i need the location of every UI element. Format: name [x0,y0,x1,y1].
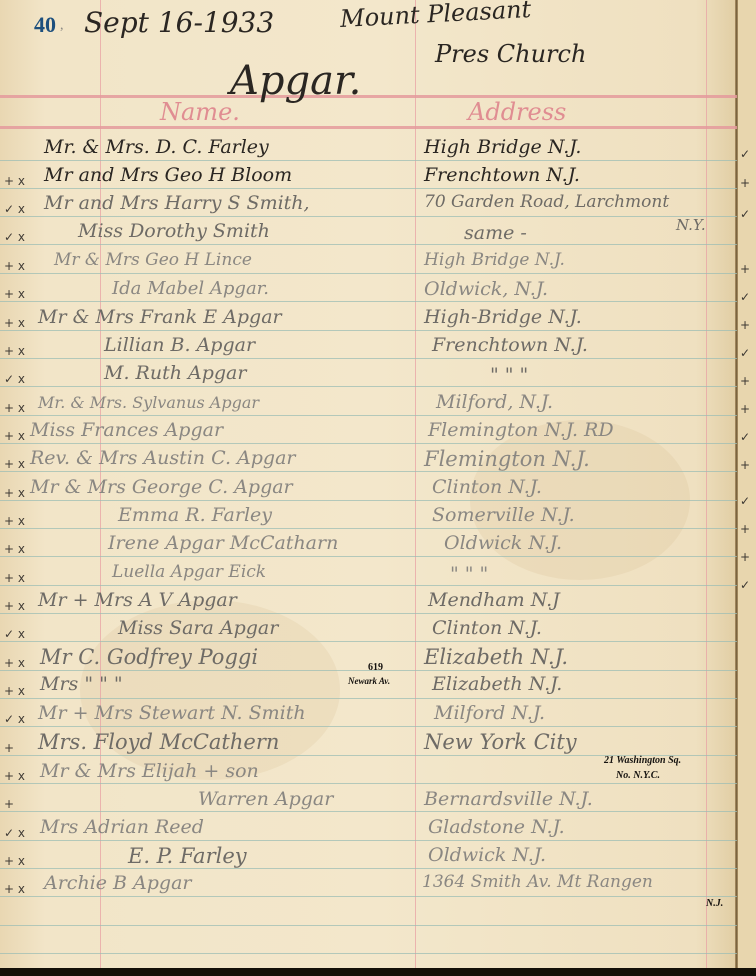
guest-address: Flemington N.J. RD [428,419,614,441]
entry-date: Sept 16-1933 [84,6,274,39]
scan-bottom-edge [0,968,756,976]
guest-name: Ida Mabel Apgar. [112,278,269,299]
ruled-line [0,528,737,529]
next-page-mark: + [740,402,750,416]
ruled-line [0,273,737,274]
guest-address: Bernardsville N.J. [424,788,593,810]
guest-address: Frenchtown N.J. [424,164,580,186]
ruled-line [0,386,737,387]
ruled-line [0,358,737,359]
next-page-mark: + [740,374,750,388]
guest-name: Mr and Mrs Geo H Bloom [44,164,292,186]
guest-name: Lillian B. Apgar [104,334,255,356]
guest-address: " " " [490,364,528,386]
guest-name: Mr + Mrs Stewart N. Smith [38,702,306,724]
guest-address-extra: N.Y. [676,216,706,234]
guest-address: 70 Garden Road, Larchmont [424,192,669,212]
ruled-line [0,783,737,784]
guest-address: Oldwick N.J. [428,844,546,866]
guest-address: Flemington N.J. [424,447,590,471]
guest-address: New York City [424,730,577,754]
ruled-line [0,500,737,501]
ruled-line [0,896,737,897]
ruled-line [0,585,737,586]
guest-name: Mr & Mrs Elijah + son [40,760,259,782]
guest-name: Mr and Mrs Harry S Smith, [44,192,310,214]
family-title: Apgar. [230,58,361,104]
guest-name: Mrs. Floyd McCathern [38,730,279,754]
guest-name: Luella Apgar Eick [112,562,266,582]
ruled-line [0,698,737,699]
tally-marks: + x [4,259,42,273]
guest-address: Somerville N.J. [432,504,575,526]
guest-address-extra: N.J. [706,898,723,909]
guest-name: Miss Dorothy Smith [78,220,270,242]
tally-marks: + x [4,571,42,585]
ruled-line [0,840,737,841]
page-number-comma: , [60,18,64,34]
guest-name: Archie B Apgar [44,872,192,894]
tally-marks: + [4,741,42,755]
guest-name: Mr C. Godfrey Poggi [40,645,258,669]
next-page-mark: + [740,458,750,472]
next-page-mark: + [740,550,750,564]
name-column-header: Name. [160,98,240,126]
guest-name: Mr. & Mrs. D. C. Farley [44,136,269,158]
guest-address: Oldwick, N.J. [424,278,548,300]
ruled-line [0,443,737,444]
next-page-mark: ✓ [740,346,750,360]
guest-address: High Bridge N.J. [424,136,581,158]
tally-marks: ✓ x [4,627,42,641]
next-page-mark: + [740,318,750,332]
ruled-line [0,726,737,727]
guest-name: E. P. Farley [128,844,247,868]
next-page-mark: ✓ [740,494,750,508]
tally-marks: + x [4,174,42,188]
guest-address: Mendham N.J [428,589,560,611]
tally-marks: ✓ x [4,826,42,840]
location-line-2: Pres Church [435,40,586,68]
guest-name: Mr & Mrs Geo H Lince [54,250,252,270]
guest-name: Mr. & Mrs. Sylvanus Apgar [38,393,259,412]
guest-name: Warren Apgar [198,788,333,810]
guest-name: Rev. & Mrs Austin C. Apgar [30,447,295,469]
next-page-mark: ✓ [740,207,750,221]
next-page-mark: ✓ [740,430,750,444]
guest-address: Milford N.J. [434,702,545,724]
next-page-mark: + [740,176,750,190]
guest-address: 1364 Smith Av. Mt Rangen [422,872,653,892]
guest-name: M. Ruth Apgar [104,362,246,384]
next-page-edge [738,0,756,968]
tally-marks: + x [4,599,42,613]
header-rule-top [0,95,737,98]
ruled-line [0,244,737,245]
tally-marks: + x [4,882,42,896]
next-page-mark: + [740,522,750,536]
address-column-header: Address [468,98,566,126]
guest-address: Clinton N.J. [432,476,542,498]
guest-name: Miss Sara Apgar [118,617,278,639]
next-page-mark: ✓ [740,290,750,304]
address-annotation-street: 21 Washington Sq. [604,755,681,766]
ruled-line [0,216,737,217]
tally-marks: ✓ x [4,372,42,386]
header-rule-bottom [0,126,737,129]
guest-address: Elizabeth N.J. [424,645,568,669]
name-annotation-number: 619 [368,662,383,673]
ruled-line [0,160,737,161]
ruled-line [0,301,737,302]
guest-address: Elizabeth N.J. [432,673,562,695]
guest-name: Mr & Mrs Frank E Apgar [38,306,282,328]
guest-address: Gladstone N.J. [428,816,565,838]
tally-marks: + x [4,344,42,358]
tally-marks: + x [4,854,42,868]
next-page-mark: ✓ [740,147,750,161]
tally-marks: + x [4,656,42,670]
ruled-line [0,868,737,869]
ledger-page: 40 , Sept 16-1933 Mount Pleasant Pres Ch… [0,0,756,968]
ruled-line [0,330,737,331]
guest-address: Frenchtown N.J. [432,334,588,356]
tally-marks: + x [4,316,42,330]
guest-name: Mr + Mrs A V Apgar [38,589,237,611]
location-line-1: Mount Pleasant [339,0,531,33]
next-page-mark: ✓ [740,578,750,592]
ruled-line [0,415,737,416]
guest-name: Mrs " " " [40,673,123,695]
guest-name: Mr & Mrs George C. Apgar [30,476,293,498]
tally-marks: + x [4,287,42,301]
guest-address: " " " [450,563,488,585]
ruled-line [0,925,737,926]
tally-marks: + x [4,401,42,415]
tally-marks: + x [4,684,42,698]
tally-marks: + x [4,769,42,783]
ruled-line [0,188,737,189]
next-page-mark: + [740,262,750,276]
tally-marks: ✓ x [4,202,42,216]
guest-address: Milford, N.J. [436,391,553,413]
guest-name: Miss Frances Apgar [30,419,223,441]
ruled-line [0,953,737,954]
ruled-line [0,811,737,812]
ruled-line [0,471,737,472]
tally-marks: ✓ x [4,712,42,726]
guest-address: Oldwick N.J. [444,532,562,554]
ruled-line [0,641,737,642]
right-margin-line [706,0,707,968]
ruled-line [0,556,737,557]
column-divider-line [415,0,416,968]
guest-address: Clinton N.J. [432,617,542,639]
tally-marks: ✓ x [4,230,42,244]
guest-name: Mrs Adrian Reed [40,816,204,838]
guest-name: Emma R. Farley [118,504,272,526]
tally-marks: + x [4,514,42,528]
name-annotation-street: Newark Av. [348,676,390,686]
guest-name: Irene Apgar McCatharn [108,532,338,554]
address-annotation-city: No. N.Y.C. [616,770,660,781]
guest-address: same - [464,222,527,244]
guest-address: High Bridge N.J. [424,250,565,270]
tally-marks: + [4,797,42,811]
ruled-line [0,613,737,614]
guest-address: High-Bridge N.J. [424,306,582,328]
page-number: 40 [34,12,56,38]
tally-marks: + x [4,542,42,556]
